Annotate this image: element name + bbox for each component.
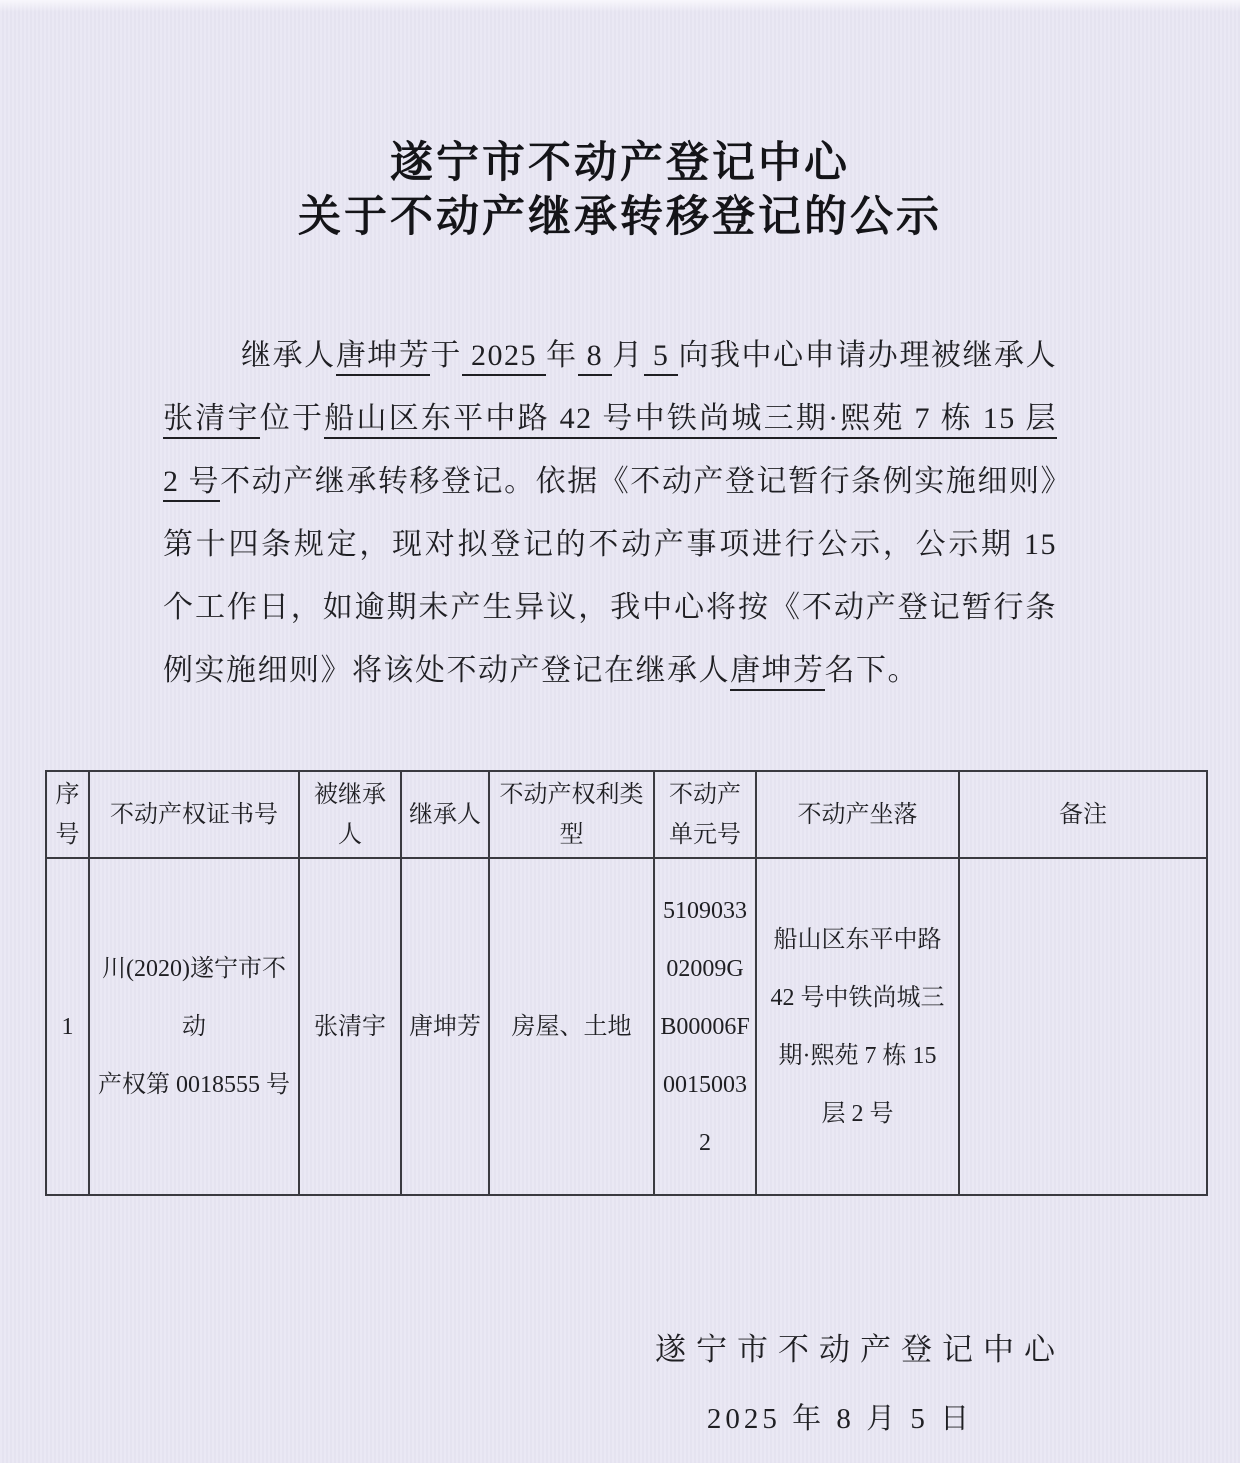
notice-text: 位于 xyxy=(260,402,324,435)
notice-text: 年 xyxy=(546,339,578,372)
notice-text: 月 xyxy=(612,339,644,372)
title-line-1: 遂宁市不动产登记中心 xyxy=(0,136,1240,190)
header-seq-no: 序号 xyxy=(46,771,89,858)
header-unit-no: 不动产单元号 xyxy=(654,771,756,858)
notice-paragraph: 继承人唐坤芳于 2025 年 8 月 5 向我中心申请办理被继承人张清宇位于船山… xyxy=(163,324,1057,702)
header-location: 不动产坐落 xyxy=(756,771,959,858)
table-header-row: 序号 不动产权证书号 被继承人 继承人 不动产权利类型 不动产单元号 不动产坐落… xyxy=(46,771,1207,858)
cell-right-type: 房屋、土地 xyxy=(489,858,654,1195)
header-heir: 继承人 xyxy=(401,771,489,858)
signature-date: 2025 年 8 月 5 日 xyxy=(600,1396,1080,1437)
underlined-filled-in-text: 张清宇 xyxy=(163,402,260,439)
notice-text: 继承人 xyxy=(241,339,336,372)
header-right-type: 不动产权利类型 xyxy=(489,771,654,858)
table-row: 1 川(2020)遂宁市不动 产权第 0018555 号 张清宇 唐坤芳 房屋、… xyxy=(46,858,1207,1195)
underlined-filled-in-text: 8 xyxy=(578,339,613,376)
cell-seq-no: 1 xyxy=(46,858,89,1195)
underlined-filled-in-text: 2025 xyxy=(462,339,546,376)
notice-document-page: 遂宁市不动产登记中心 关于不动产继承转移登记的公示 继承人唐坤芳于 2025 年… xyxy=(0,0,1240,1463)
cell-remarks xyxy=(959,858,1207,1195)
registration-table: 序号 不动产权证书号 被继承人 继承人 不动产权利类型 不动产单元号 不动产坐落… xyxy=(45,770,1208,1196)
notice-text: 不动产继承转移登记。依据《不动产登记暂行条例实施细则》第十四条规定，现对拟登记的… xyxy=(163,465,1057,687)
notice-text: 于 xyxy=(430,339,462,372)
cell-unit-no: 5109033 02009G B00006F 0015003 2 xyxy=(654,858,756,1195)
signature-organization: 遂宁市不动产登记中心 xyxy=(620,1324,1100,1369)
notice-text: 向我中心申请办理被继承人 xyxy=(678,339,1057,372)
cell-certificate-no: 川(2020)遂宁市不动 产权第 0018555 号 xyxy=(89,858,299,1195)
header-certificate-no: 不动产权证书号 xyxy=(89,771,299,858)
cell-decedent: 张清宇 xyxy=(299,858,401,1195)
underlined-filled-in-text: 唐坤芳 xyxy=(730,654,825,691)
title-line-2: 关于不动产继承转移登记的公示 xyxy=(0,190,1240,244)
underlined-filled-in-text: 唐坤芳 xyxy=(336,339,431,376)
cell-location: 船山区东平中路 42 号中铁尚城三 期·熙苑 7 栋 15 层 2 号 xyxy=(756,858,959,1195)
underlined-filled-in-text: 5 xyxy=(644,339,679,376)
scan-top-edge xyxy=(0,0,1240,12)
header-remarks: 备注 xyxy=(959,771,1207,858)
document-title: 遂宁市不动产登记中心 关于不动产继承转移登记的公示 xyxy=(0,136,1240,244)
notice-text: 名下。 xyxy=(825,654,920,687)
header-decedent: 被继承人 xyxy=(299,771,401,858)
cell-heir: 唐坤芳 xyxy=(401,858,489,1195)
